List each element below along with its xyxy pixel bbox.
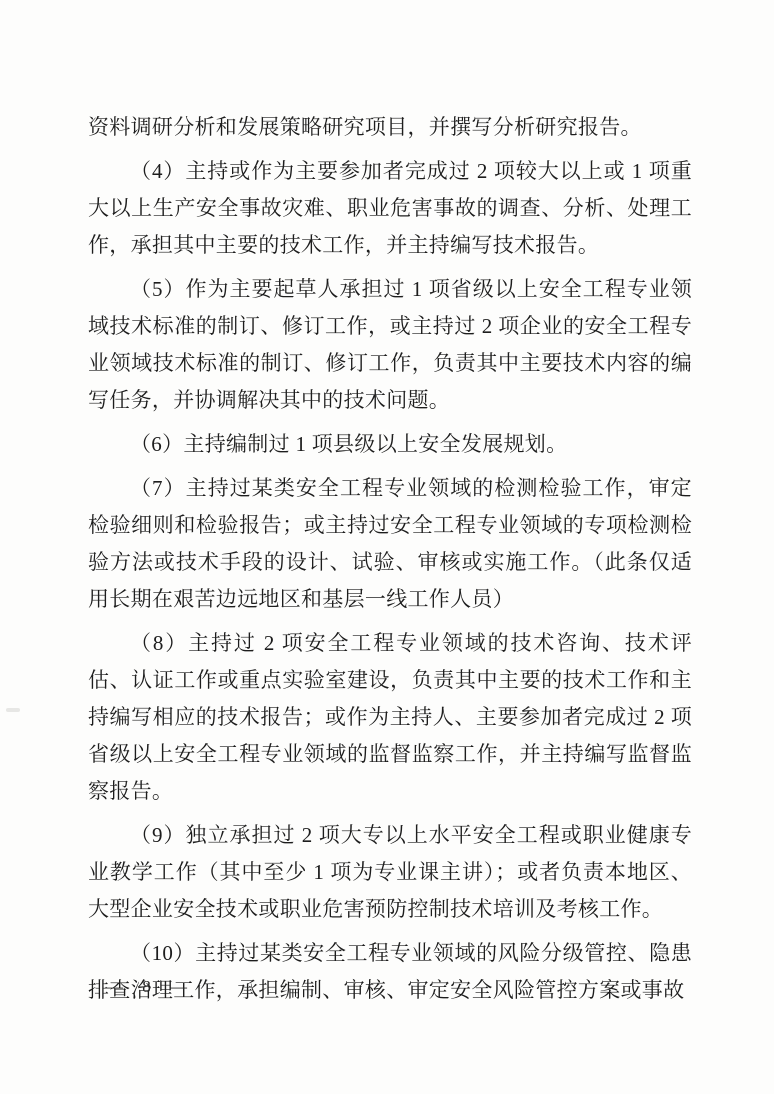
paragraph-item-7: （7）主持过某类安全工程专业领域的检测检验工作，审定检验细则和检验报告；或主持过… [88, 470, 692, 618]
page-number: — 8 — [106, 975, 190, 999]
document-page: 资料调研分析和发展策略研究项目，并撰写分析研究报告。 （4）主持或作为主要参加者… [0, 0, 774, 1094]
paragraph-item-9: （9）独立承担过 2 项大专以上水平安全工程或职业健康专业教学工作（其中至少 1… [88, 817, 692, 928]
scan-artifact [6, 708, 20, 712]
paragraph-item-6: （6）主持编制过 1 项县级以上安全发展规划。 [88, 426, 692, 463]
document-body: 资料调研分析和发展策略研究项目，并撰写分析研究报告。 （4）主持或作为主要参加者… [88, 109, 692, 1016]
paragraph-item-5: （5）作为主要起草人承担过 1 项省级以上安全工程专业领域技术标准的制订、修订工… [88, 271, 692, 419]
paragraph-item-8: （8）主持过 2 项安全工程专业领域的技术咨询、技术评估、认证工作或重点实验室建… [88, 625, 692, 810]
paragraph-item-4: （4）主持或作为主要参加者完成过 2 项较大以上或 1 项重大以上生产安全事故灾… [88, 153, 692, 264]
paragraph-continuation: 资料调研分析和发展策略研究项目，并撰写分析研究报告。 [88, 109, 692, 146]
